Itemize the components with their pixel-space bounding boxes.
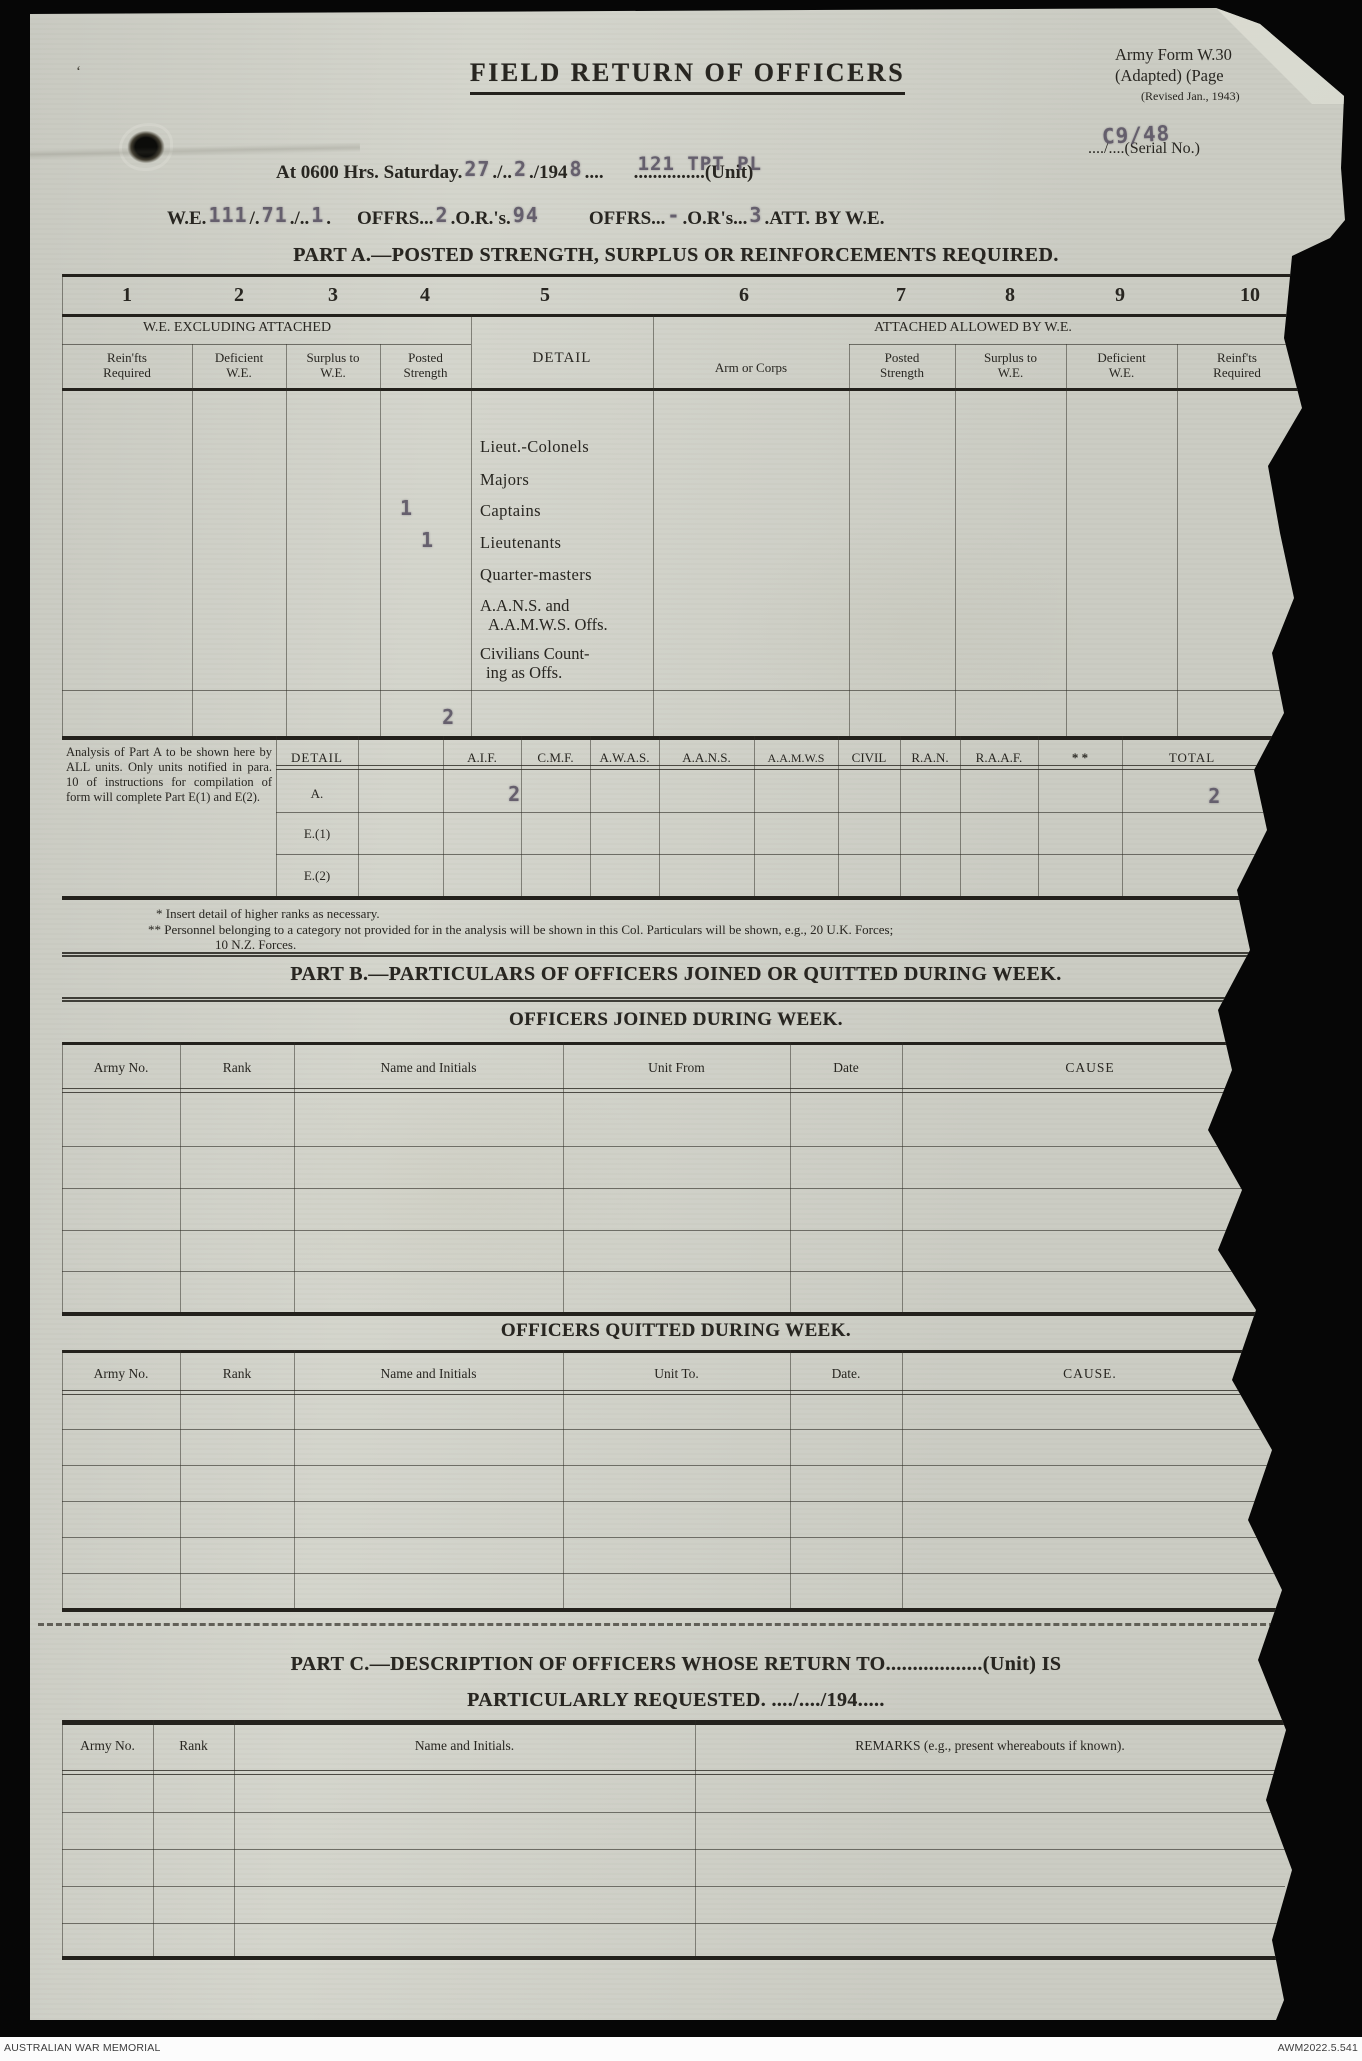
typed-analysis-aif: 2 — [508, 782, 521, 806]
rule — [62, 1188, 1330, 1189]
joined-col-unit-from: Unit From — [563, 1060, 790, 1076]
rule — [62, 1390, 1330, 1395]
rank-civilians-line1: Civilians Count- — [480, 644, 590, 664]
rule — [659, 736, 660, 896]
form-paper: ʻ FIELD RETURN OF OFFICERS Army Form W.3… — [30, 8, 1345, 2020]
rank-lieutenants: Lieutenants — [480, 533, 561, 553]
partc-col-army-no: Army No. — [62, 1738, 153, 1754]
rule — [62, 1720, 1330, 1725]
rule — [180, 1042, 181, 1312]
date-prefix: At 0600 Hrs. Saturday — [276, 162, 458, 183]
rank-aans-line2: A.A.M.W.S. Offs. — [488, 615, 608, 635]
rule — [590, 736, 591, 896]
perforation-line — [38, 1623, 1293, 1626]
rule — [62, 1537, 1330, 1538]
rule — [849, 344, 850, 736]
typed-ors-att: 3 — [749, 203, 762, 227]
rule — [62, 388, 1342, 391]
col-head-reinfts-required-att: Reinf'tsRequired — [1177, 350, 1297, 380]
rule — [62, 1350, 63, 1608]
col-number-7: 7 — [861, 284, 941, 307]
footnote-2: ** Personnel belonging to a category not… — [148, 922, 893, 938]
dots: . — [458, 162, 463, 183]
rule — [62, 274, 63, 736]
joined-col-date: Date — [790, 1060, 902, 1076]
analysis-head-raaf: R.A.A.F. — [960, 750, 1038, 766]
col-number-3: 3 — [293, 284, 373, 307]
col-number-6: 6 — [704, 284, 784, 307]
analysis-row-e2-label: E.(2) — [276, 868, 358, 884]
form-title: FIELD RETURN OF OFFICERS — [470, 58, 905, 95]
footnote-2-cont: 10 N.Z. Forces. — [215, 937, 296, 953]
typed-day: 27 — [464, 157, 490, 181]
rule — [276, 765, 1270, 770]
rule — [358, 736, 359, 896]
rule — [294, 1350, 295, 1608]
col-head-arm-or-corps: Arm or Corps — [653, 360, 849, 376]
form-number: Army Form W.30 — [1115, 44, 1350, 65]
joined-col-rank: Rank — [180, 1060, 294, 1076]
rule — [838, 736, 839, 896]
sep: /. — [250, 208, 260, 229]
joined-col-army-no: Army No. — [62, 1060, 180, 1076]
footnote-1: * Insert detail of higher ranks as neces… — [156, 906, 380, 922]
quitted-col-name: Name and Initials — [294, 1366, 563, 1382]
partc-col-rank: Rank — [153, 1738, 234, 1754]
rank-captains: Captains — [480, 501, 541, 521]
analysis-head-total: TOTAL — [1122, 750, 1262, 766]
rule — [62, 1720, 63, 1956]
typed-unit: 121 TPT PL — [638, 153, 762, 175]
rank-aans-line1: A.A.N.S. and — [480, 596, 569, 616]
typed-offrs-att: - — [667, 203, 680, 227]
part-c-heading-line2: PARTICULARLY REQUESTED. ..../..../194...… — [60, 1689, 1292, 1712]
rule — [62, 1350, 1330, 1353]
archive-id: AWM2022.5.541 — [1278, 2042, 1358, 2054]
unit-leader: ..............121 TPT PL — [634, 162, 701, 184]
analysis-head-aans: A.A.N.S. — [659, 750, 754, 766]
rule — [276, 736, 277, 896]
rule — [955, 344, 956, 736]
we-strength-line: W.E.111/.71./..1.OFFRS...2.O.R.'s.94OFFR… — [167, 205, 884, 230]
col-head-detail: DETAIL — [471, 350, 653, 367]
rule — [900, 736, 901, 896]
rule — [62, 1770, 1285, 1775]
rule — [153, 1720, 154, 1956]
we-label: W.E. — [167, 208, 206, 229]
rule — [902, 1042, 903, 1312]
quitted-col-date: Date. — [790, 1366, 902, 1382]
form-reference-block: Army Form W.30 (Adapted) (Page (Revised … — [1115, 44, 1350, 107]
rule — [62, 1429, 1330, 1430]
rule — [180, 1350, 181, 1608]
rule — [62, 997, 1330, 1002]
rule — [653, 314, 654, 736]
analysis-head-aamws: A.A.M.W.S — [754, 751, 838, 766]
analysis-head-other: * * — [1038, 750, 1122, 766]
rule — [902, 1350, 903, 1608]
rule — [62, 1465, 1330, 1466]
scanned-document-page: ʻ FIELD RETURN OF OFFICERS Army Form W.3… — [0, 0, 1362, 2061]
col-number-8: 8 — [970, 284, 1050, 307]
col-head-surplus-we: Surplus toW.E. — [286, 350, 380, 380]
rule — [62, 1501, 1330, 1502]
col-head-deficient-we-att: DeficientW.E. — [1066, 350, 1177, 380]
analysis-row-e1-label: E.(1) — [276, 826, 358, 842]
rank-majors: Majors — [480, 470, 529, 490]
rule — [192, 344, 193, 736]
rule — [62, 896, 1342, 900]
rule — [62, 690, 1320, 691]
ors-att-label: .O.R's... — [682, 208, 747, 229]
rule — [62, 1812, 1285, 1813]
dots: .... — [585, 162, 604, 183]
partc-col-name: Name and Initials. — [234, 1738, 695, 1754]
joined-col-name: Name and Initials — [294, 1060, 563, 1076]
rule — [471, 314, 472, 736]
analysis-head-cmf: C.M.F. — [521, 750, 590, 766]
rule — [960, 736, 961, 896]
col-head-reinfts-required: Rein'ftsRequired — [62, 350, 192, 380]
rule — [62, 1042, 1330, 1045]
rule — [286, 344, 287, 736]
col-number-9: 9 — [1080, 284, 1160, 307]
rule — [62, 1886, 1285, 1887]
analysis-head-detail: DETAIL — [276, 750, 358, 766]
col-head-deficient-we: DeficientW.E. — [192, 350, 286, 380]
rule — [790, 1350, 791, 1608]
quitted-col-cause: CAUSE. — [902, 1366, 1278, 1382]
rule — [62, 1088, 1330, 1093]
rule — [62, 1573, 1330, 1574]
sep: . — [326, 208, 331, 229]
partc-col-remarks: REMARKS (e.g., present whereabouts if kn… — [695, 1738, 1285, 1754]
rule — [62, 1230, 1330, 1231]
group-we-excluding-attached: W.E. EXCLUDING ATTACHED — [32, 320, 442, 336]
rank-lieut-colonels: Lieut.-Colonels — [480, 437, 589, 457]
officers-quitted-title: OFFICERS QUITTED DURING WEEK. — [60, 1320, 1292, 1342]
rule — [62, 952, 1330, 957]
rule — [62, 1956, 1285, 1960]
quitted-col-rank: Rank — [180, 1366, 294, 1382]
col-number-10: 10 — [1210, 284, 1290, 307]
rule — [62, 1608, 1330, 1612]
typed-total-posted: 2 — [442, 705, 455, 729]
rule — [521, 736, 522, 896]
typed-we2: 71 — [262, 203, 288, 227]
rule — [380, 344, 381, 736]
rule — [62, 1923, 1285, 1924]
form-revised: (Revised Jan., 1943) — [1115, 86, 1350, 107]
rule — [62, 736, 1342, 740]
rule — [1122, 736, 1123, 896]
ors-label: .O.R.'s. — [451, 208, 511, 229]
col-number-5: 5 — [505, 284, 585, 307]
typed-month: 2 — [514, 157, 527, 181]
sep: ./.. — [290, 208, 310, 229]
rule — [62, 1312, 1330, 1316]
rule — [62, 1849, 1285, 1850]
typed-year: 8 — [570, 157, 583, 181]
rule — [62, 274, 1342, 277]
date-unit-line: At 0600 Hrs. Saturday.27./..2./1948.....… — [276, 159, 753, 184]
serial-stamp: C9/48 — [1101, 121, 1170, 149]
part-b-heading: PART B.—PARTICULARS OF OFFICERS JOINED O… — [60, 963, 1292, 986]
dots: ./.. — [492, 162, 512, 183]
group-attached-allowed: ATTACHED ALLOWED BY W.E. — [653, 320, 1293, 336]
rule — [276, 812, 1270, 813]
quitted-col-unit-to: Unit To. — [563, 1366, 790, 1382]
form-adapted: (Adapted) (Page — [1115, 65, 1350, 86]
rule — [62, 314, 1342, 317]
typed-lieutenants-posted: 1 — [421, 528, 434, 552]
col-head-posted-strength: PostedStrength — [380, 350, 471, 380]
rule — [695, 1720, 696, 1956]
rank-quarter-masters: Quarter-masters — [480, 565, 592, 585]
rule — [443, 736, 444, 896]
typed-we3: 1 — [311, 203, 324, 227]
part-a-heading: PART A.—POSTED STRENGTH, SURPLUS OR REIN… — [60, 244, 1292, 267]
serial-block: ..../....(Serial No.) C9/48 — [1088, 140, 1200, 158]
rule — [62, 1042, 63, 1312]
analysis-head-aif: A.I.F. — [443, 750, 521, 766]
typed-ors: 94 — [513, 203, 539, 227]
rule — [849, 344, 1320, 345]
col-head-posted-strength-att: PostedStrength — [849, 350, 955, 380]
rule — [62, 344, 471, 345]
rule — [563, 1042, 564, 1312]
typed-offrs: 2 — [436, 203, 449, 227]
analysis-note: Analysis of Part A to be shown here by A… — [66, 745, 272, 805]
col-number-2: 2 — [199, 284, 279, 307]
offrs-label: OFFRS... — [357, 208, 434, 229]
archive-footer: AUSTRALIAN WAR MEMORIAL AWM2022.5.541 — [0, 2037, 1362, 2061]
analysis-head-ran: R.A.N. — [900, 750, 960, 766]
printed-year: ./194 — [529, 162, 568, 183]
analysis-head-civil: CIVIL — [838, 750, 900, 766]
rule — [62, 1146, 1330, 1147]
rule — [1066, 344, 1067, 736]
archive-source: AUSTRALIAN WAR MEMORIAL — [4, 2042, 160, 2054]
offrs-att-label: OFFRS... — [589, 208, 666, 229]
part-c-heading-line1: PART C.—DESCRIPTION OF OFFICERS WHOSE RE… — [60, 1653, 1292, 1676]
col-head-surplus-we-att: Surplus toW.E. — [955, 350, 1066, 380]
joined-col-cause: CAUSE — [902, 1060, 1278, 1076]
typed-analysis-total: 2 — [1208, 784, 1221, 808]
rule — [1038, 736, 1039, 896]
col-number-1: 1 — [87, 284, 167, 307]
att-by-we-label: .ATT. BY W.E. — [764, 208, 884, 229]
analysis-head-awas: A.W.A.S. — [590, 750, 659, 766]
paper-crease — [30, 142, 360, 159]
rule — [790, 1042, 791, 1312]
typed-captains-posted: 1 — [400, 496, 413, 520]
analysis-row-a-label: A. — [276, 786, 358, 802]
rule — [234, 1720, 235, 1956]
rule — [1177, 344, 1178, 736]
rule — [62, 1271, 1330, 1272]
rule — [294, 1042, 295, 1312]
col-number-4: 4 — [385, 284, 465, 307]
rule — [754, 736, 755, 896]
rank-civilians-line2: ing as Offs. — [486, 663, 562, 683]
rule — [563, 1350, 564, 1608]
rule — [276, 854, 1270, 855]
quitted-col-army-no: Army No. — [62, 1366, 180, 1382]
typed-we1: 111 — [208, 203, 247, 227]
officers-joined-title: OFFICERS JOINED DURING WEEK. — [60, 1009, 1292, 1031]
